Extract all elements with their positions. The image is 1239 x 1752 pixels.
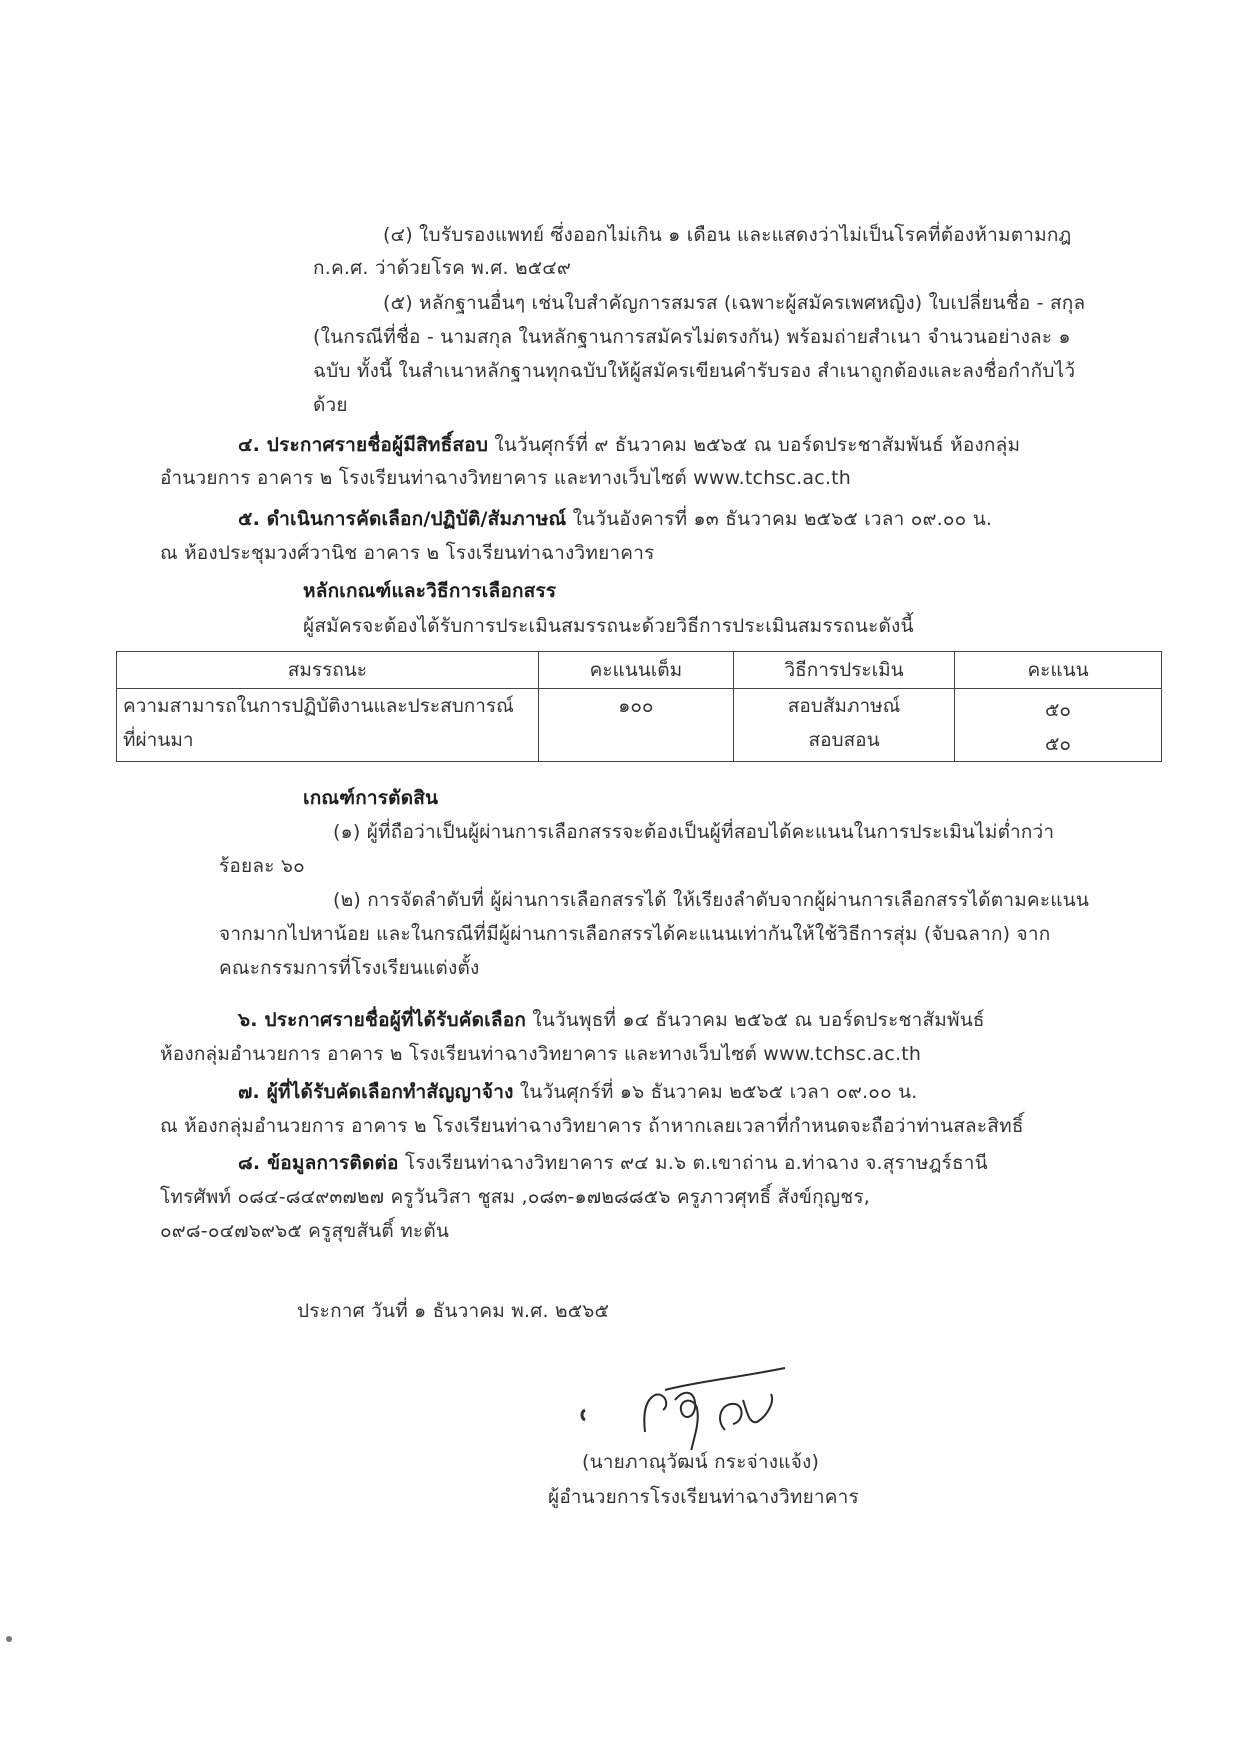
judgement-rule1-line1: (๑) ผู้ที่ถือว่าเป็นผู้ผ่านการเลือกสรรจะ… [333, 818, 1054, 846]
judgement-title: เกณฑ์การตัดสิน [303, 784, 438, 812]
section7-heading: ๗. ผู้ที่ได้รับคัดเลือกทำสัญญาจ้าง [238, 1081, 514, 1103]
section8-line2: โทรศัพท์ ๐๘๔-๘๔๙๓๗๒๗ ครูวันวิสา ชูสม ,๐๘… [160, 1183, 870, 1211]
competency-line1: ความสามารถในการปฏิบัติงานและประสบการณ์ [123, 689, 532, 723]
item4-line2: ก.ค.ศ. ว่าด้วยโรค พ.ศ. ๒๕๔๙ [313, 254, 571, 282]
item5-line1: (๕) หลักฐานอื่นๆ เช่นใบสำคัญการสมรส (เฉพ… [383, 289, 1085, 317]
signatory-name: (นายภาณุวัฒน์ กระจ่างแจ้ง) [582, 1448, 819, 1476]
full-score-value: ๑๐๐ [545, 689, 727, 723]
method-interview: สอบสัมภาษณ์ [740, 689, 948, 723]
score-interview: ๕๐ [961, 689, 1155, 727]
cell-scores: ๕๐ ๕๐ [955, 689, 1162, 762]
score-teaching: ๕๐ [961, 727, 1155, 761]
section4-heading: ๔. ประกาศรายชื่อผู้มีสิทธิ์สอบ [238, 434, 488, 456]
signature-image [575, 1360, 835, 1450]
signatory-position: ผู้อำนวยการโรงเรียนท่าฉางวิทยาคาร [548, 1483, 859, 1511]
section4-line2: อำนวยการ อาคาร ๒ โรงเรียนท่าฉางวิทยาคาร … [160, 464, 851, 492]
judgement-rule1-line2: ร้อยละ ๖๐ [219, 852, 305, 880]
cell-competency: ความสามารถในการปฏิบัติงานและประสบการณ์ ท… [117, 689, 539, 762]
announcement-date: ประกาศ วันที่ ๑ ธันวาคม พ.ศ. ๒๕๖๕ [297, 1297, 609, 1325]
section6-line2: ห้องกลุ่มอำนวยการ อาคาร ๒ โรงเรียนท่าฉาง… [160, 1040, 921, 1068]
section5-heading: ๕. ดำเนินการคัดเลือก/ปฏิบัติ/สัมภาษณ์ [238, 508, 566, 530]
section8-line3: ๐๙๘-๐๔๗๖๙๖๕ ครูสุขสันติ์ ทะตัน [160, 1217, 449, 1245]
section4-line1: ๔. ประกาศรายชื่อผู้มีสิทธิ์สอบ ในวันศุกร… [238, 431, 1020, 459]
section4-line1-text: ในวันศุกร์ที่ ๙ ธันวาคม ๒๕๖๕ ณ บอร์ดประช… [488, 434, 1020, 456]
section8-heading: ๘. ข้อมูลการติดต่อ [238, 1152, 399, 1174]
table-header-row: สมรรถนะ คะแนนเต็ม วิธีการประเมิน คะแนน [117, 652, 1162, 689]
item5-line4: ด้วย [313, 391, 348, 419]
section6-line1-text: ในวันพุธที่ ๑๔ ธันวาคม ๒๕๖๕ ณ บอร์ดประชา… [526, 1009, 985, 1031]
cell-full-score: ๑๐๐ [538, 689, 733, 762]
method-teaching: สอบสอน [740, 723, 948, 757]
header-full-score: คะแนนเต็ม [538, 652, 733, 689]
section7-line1: ๗. ผู้ที่ได้รับคัดเลือกทำสัญญาจ้าง ในวัน… [238, 1078, 918, 1106]
section5-line2: ณ ห้องประชุมวงศ์วานิช อาคาร ๒ โรงเรียนท่… [160, 539, 654, 567]
competency-line2: ที่ผ่านมา [123, 723, 532, 757]
header-score: คะแนน [955, 652, 1162, 689]
section5-line1-text: ในวันอังคารที่ ๑๓ ธันวาคม ๒๕๖๕ เวลา ๐๙.๐… [566, 508, 992, 530]
item5-line3: ฉบับ ทั้งนี้ ในสำเนาหลักฐานทุกฉบับให้ผู้… [313, 357, 1075, 385]
scan-speck [6, 1636, 12, 1642]
criteria-intro: ผู้สมัครจะต้องได้รับการประเมินสมรรถนะด้ว… [303, 612, 914, 640]
judgement-rule2-line3: คณะกรรมการที่โรงเรียนแต่งตั้ง [219, 954, 479, 982]
judgement-rule2-line1: (๒) การจัดลำดับที่ ผู้ผ่านการเลือกสรรได้… [333, 886, 1089, 914]
section8-line1: ๘. ข้อมูลการติดต่อ โรงเรียนท่าฉางวิทยาคา… [238, 1149, 988, 1177]
section6-heading: ๖. ประกาศรายชื่อผู้ที่ได้รับคัดเลือก [238, 1009, 526, 1031]
section7-line1-text: ในวันศุกร์ที่ ๑๖ ธันวาคม ๒๕๖๕ เวลา ๐๙.๐๐… [514, 1081, 918, 1103]
judgement-rule2-line2: จากมากไปหาน้อย และในกรณีที่มีผู้ผ่านการเ… [219, 920, 1050, 948]
header-competency: สมรรถนะ [117, 652, 539, 689]
header-method: วิธีการประเมิน [734, 652, 955, 689]
criteria-title: หลักเกณฑ์และวิธีการเลือกสรร [303, 577, 556, 605]
section7-line2: ณ ห้องกลุ่มอำนวยการ อาคาร ๒ โรงเรียนท่าฉ… [160, 1112, 1024, 1140]
section5-line1: ๕. ดำเนินการคัดเลือก/ปฏิบัติ/สัมภาษณ์ ใน… [238, 505, 992, 533]
section8-line1-text: โรงเรียนท่าฉางวิทยาคาร ๙๔ ม.๖ ต.เขาถ่าน … [399, 1152, 988, 1174]
section6-line1: ๖. ประกาศรายชื่อผู้ที่ได้รับคัดเลือก ในว… [238, 1006, 985, 1034]
table-row: ความสามารถในการปฏิบัติงานและประสบการณ์ ท… [117, 689, 1162, 762]
competency-table: สมรรถนะ คะแนนเต็ม วิธีการประเมิน คะแนน ค… [116, 651, 1162, 762]
item4-line1: (๔) ใบรับรองแพทย์ ซึ่งออกไม่เกิน ๑ เดือน… [383, 221, 1071, 249]
cell-methods: สอบสัมภาษณ์ สอบสอน [734, 689, 955, 762]
item5-line2: (ในกรณีที่ชื่อ - นามสกุล ในหลักฐานการสมั… [313, 323, 1071, 351]
